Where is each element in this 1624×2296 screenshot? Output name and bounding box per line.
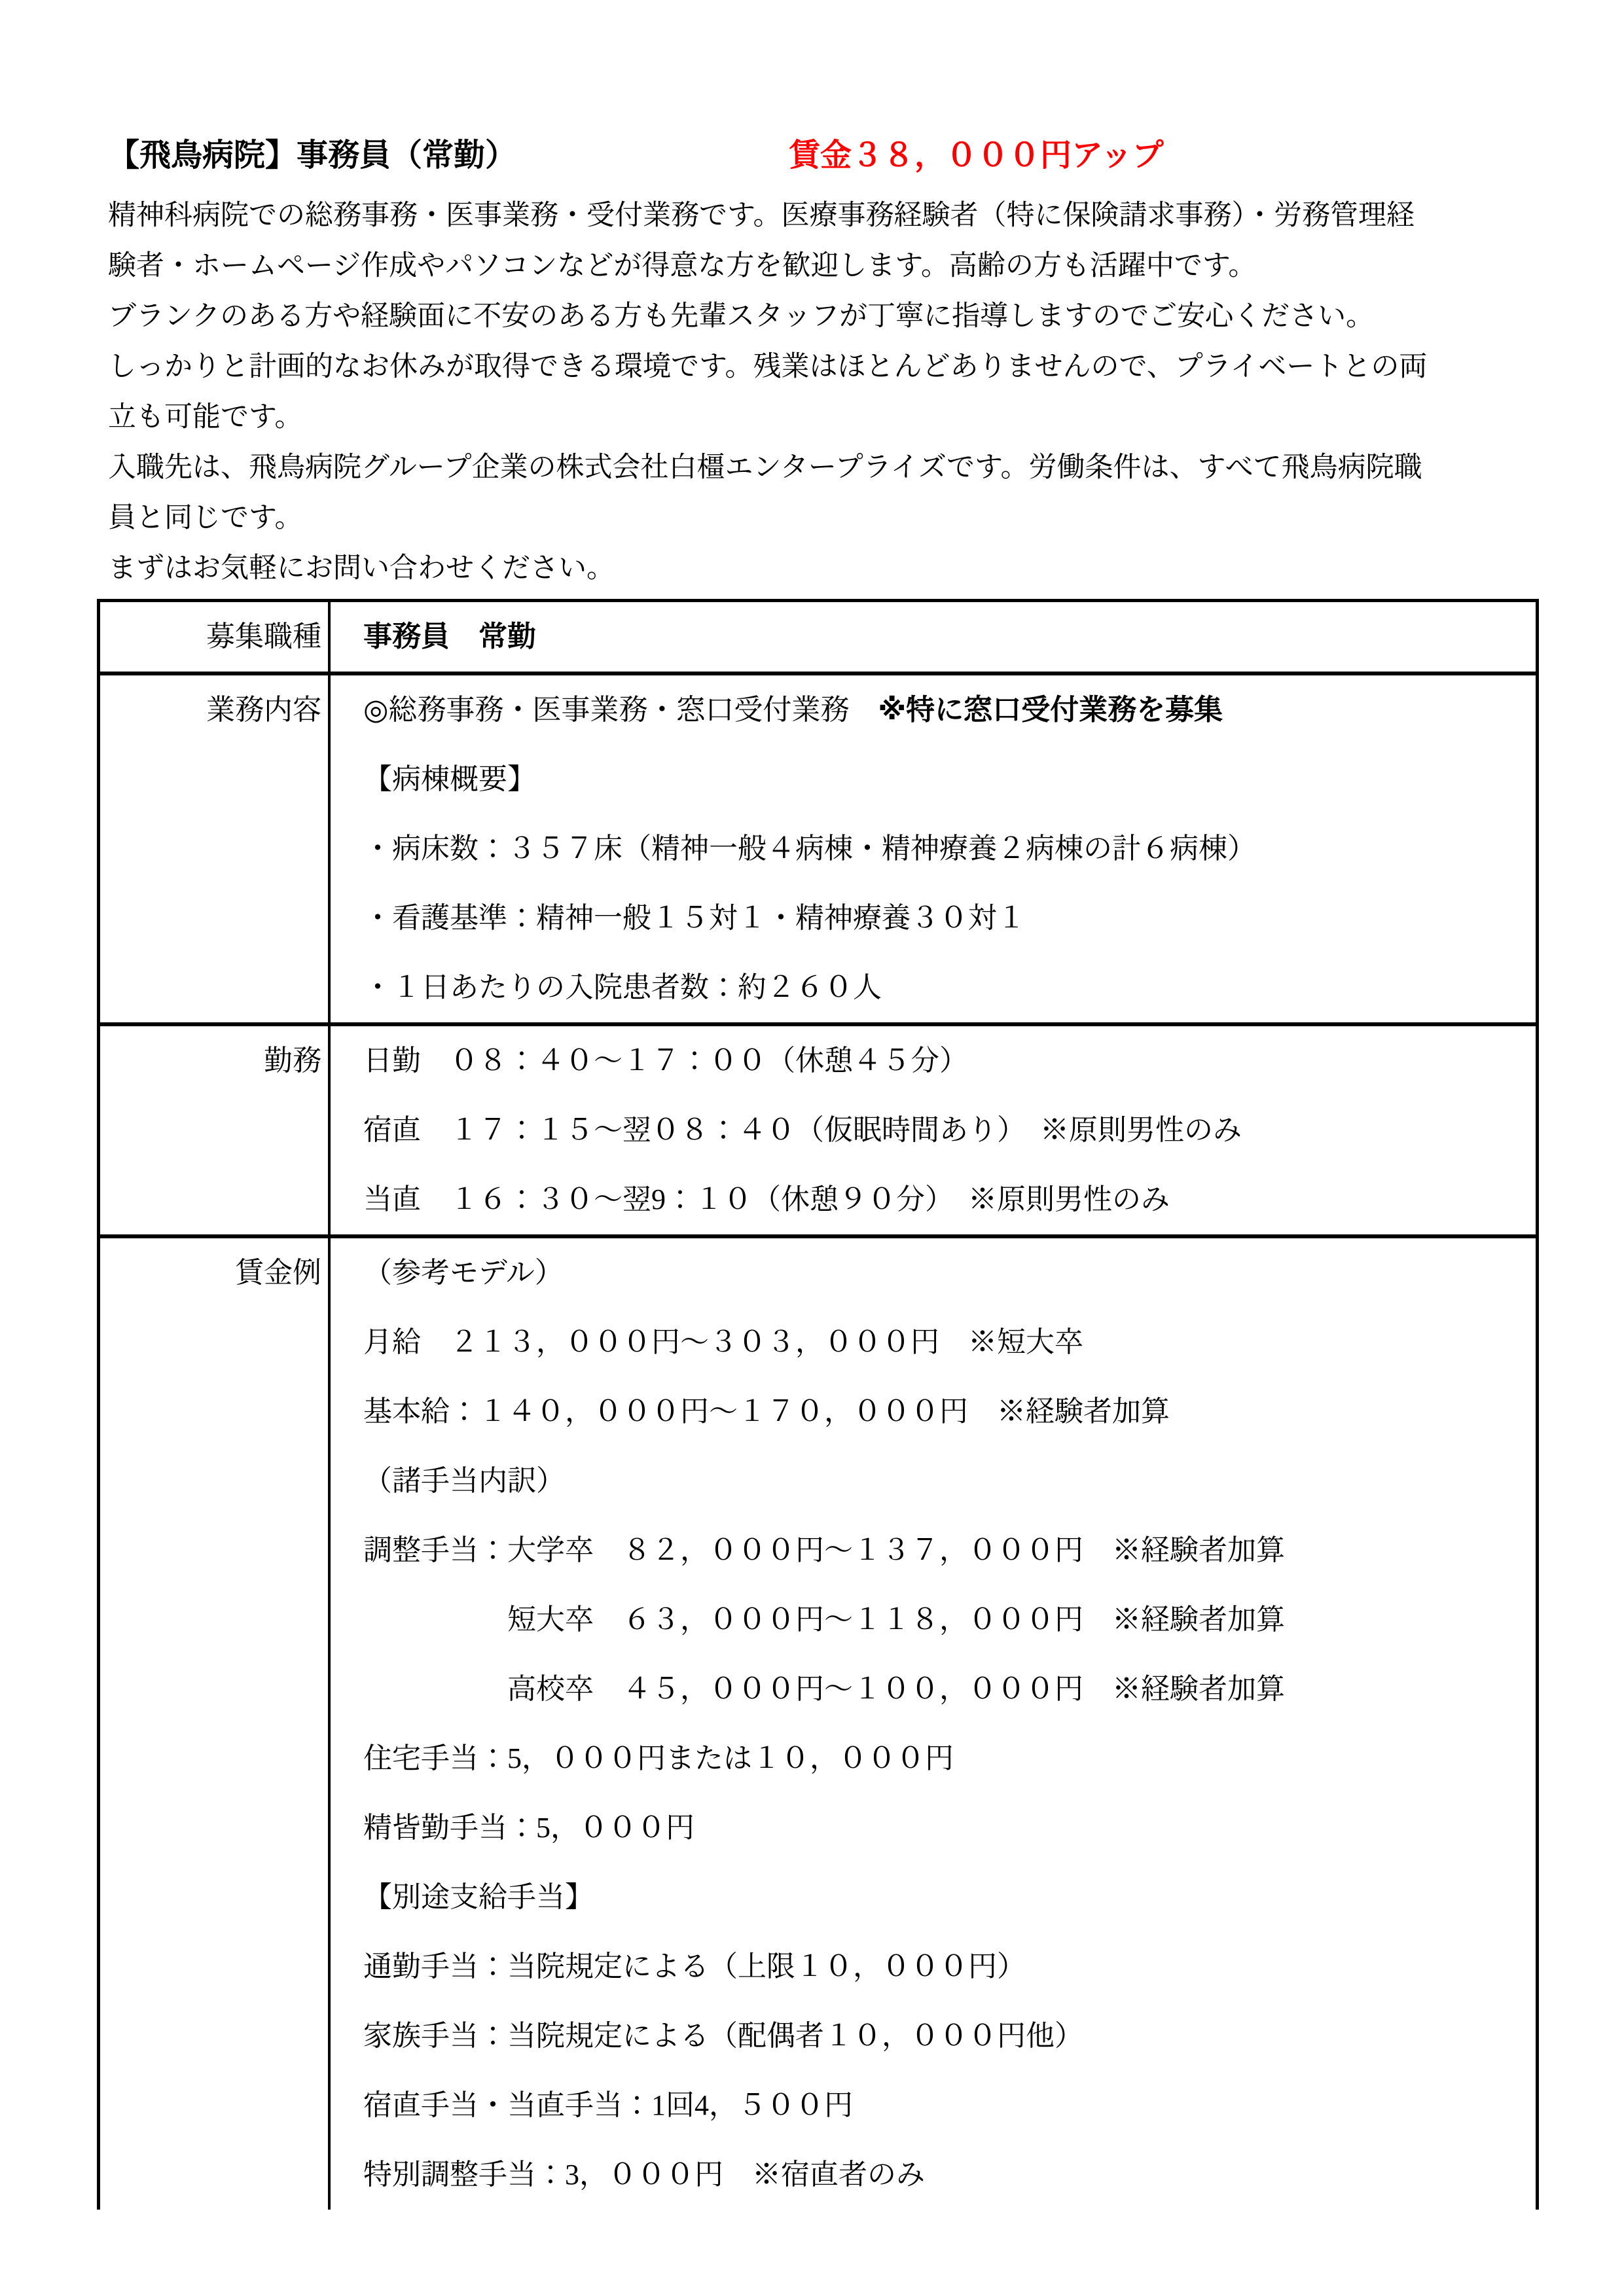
document-title-row: 【飛鳥病院】事務員（常勤） 賃金３８，０００円アップ bbox=[108, 130, 1539, 182]
intro-line: 員と同じです。 bbox=[108, 493, 1522, 543]
row-label: 業務内容 bbox=[100, 675, 331, 1022]
row-content: 日勤 ０８：４０～１７：００（休憩４５分） 宿直 １７：１５～翌０８：４０（仮眠… bbox=[331, 1026, 1536, 1234]
row-content: 事務員 常勤 bbox=[331, 602, 1536, 672]
intro-line: 入職先は、飛鳥病院グループ企業の株式会社白橿エンタープライズです。労働条件は、す… bbox=[108, 442, 1522, 493]
cell-line-segment-emphasis: ※特に窓口受付業務を募集 bbox=[878, 694, 1223, 726]
cell-line: 基本給：１４０，０００円～１７０，０００円 ※経験者加算 bbox=[363, 1377, 1536, 1446]
row-label: 賃金例 bbox=[100, 1238, 331, 2210]
intro-line: 験者・ホームページ作成やパソコンなどが得意な方を歓迎します。高齢の方も活躍中です… bbox=[108, 241, 1522, 291]
cell-line: 特別調整手当：3，０００円 ※宿直者のみ bbox=[363, 2140, 1536, 2210]
cell-line: 高校卒 ４５，０００円～１００，０００円 ※経験者加算 bbox=[363, 1655, 1536, 1724]
cell-line: ・看護基準：精神一般１５対１・精神療養３０対１ bbox=[363, 884, 1536, 953]
cell-line: ・病床数：３５７床（精神一般４病棟・精神療養２病棟の計６病棟） bbox=[363, 814, 1536, 884]
table-row-duties: 業務内容 ◎総務事務・医事業務・窓口受付業務 ※特に窓口受付業務を募集 【病棟概… bbox=[100, 675, 1536, 1026]
cell-line: 短大卒 ６３，０００円～１１８，０００円 ※経験者加算 bbox=[363, 1585, 1536, 1655]
cell-line: （諸手当内訳） bbox=[363, 1446, 1536, 1516]
intro-line: しっかりと計画的なお休みが取得できる環境です。残業はほとんどありませんので、プラ… bbox=[108, 342, 1522, 392]
cell-line: 日勤 ０８：４０～１７：００（休憩４５分） bbox=[363, 1026, 1536, 1096]
row-label: 勤務 bbox=[100, 1026, 331, 1234]
document-title: 【飛鳥病院】事務員（常勤） bbox=[108, 138, 516, 173]
cell-line: ◎総務事務・医事業務・窓口受付業務 ※特に窓口受付業務を募集 bbox=[363, 675, 1536, 745]
intro-line: ブランクのある方や経験面に不安のある方も先輩スタッフが丁寧に指導しますのでご安心… bbox=[108, 291, 1522, 342]
intro-line: 立も可能です。 bbox=[108, 392, 1522, 442]
cell-line: （参考モデル） bbox=[363, 1238, 1536, 1308]
table-row-job-type: 募集職種 事務員 常勤 bbox=[100, 602, 1536, 675]
row-label: 募集職種 bbox=[100, 602, 331, 672]
cell-line: ・１日あたりの入院患者数：約２６０人 bbox=[363, 953, 1536, 1022]
row-content: ◎総務事務・医事業務・窓口受付業務 ※特に窓口受付業務を募集 【病棟概要】 ・病… bbox=[331, 675, 1536, 1022]
document-page: 【飛鳥病院】事務員（常勤） 賃金３８，０００円アップ 精神科病院での総務事務・医… bbox=[0, 0, 1624, 2296]
cell-line: 月給 ２１３，０００円～３０３，０００円 ※短大卒 bbox=[363, 1308, 1536, 1377]
row-content: （参考モデル） 月給 ２１３，０００円～３０３，０００円 ※短大卒 基本給：１４… bbox=[331, 1238, 1536, 2210]
job-table: 募集職種 事務員 常勤 業務内容 ◎総務事務・医事業務・窓口受付業務 ※特に窓口… bbox=[97, 599, 1539, 2210]
cell-line: 宿直手当・当直手当：1回4，５００円 bbox=[363, 2071, 1536, 2140]
cell-line: 調整手当：大学卒 ８２，０００円～１３７，０００円 ※経験者加算 bbox=[363, 1516, 1536, 1585]
cell-line: 【病棟概要】 bbox=[363, 745, 1536, 814]
cell-line: 通勤手当：当院規定による（上限１０，０００円） bbox=[363, 1932, 1536, 2001]
table-row-work-hours: 勤務 日勤 ０８：４０～１７：００（休憩４５分） 宿直 １７：１５～翌０８：４０… bbox=[100, 1026, 1536, 1238]
cell-line: 事務員 常勤 bbox=[363, 602, 1536, 672]
cell-line-segment: ◎総務事務・医事業務・窓口受付業務 bbox=[363, 694, 878, 726]
cell-line: 家族手当：当院規定による（配偶者１０，０００円他） bbox=[363, 2001, 1536, 2071]
intro-line: 精神科病院での総務事務・医事業務・受付業務です。医療事務経験者（特に保険請求事務… bbox=[108, 190, 1522, 241]
wage-up-highlight: 賃金３８，０００円アップ bbox=[789, 130, 1164, 175]
cell-line: 精皆勤手当：5，０００円 bbox=[363, 1793, 1536, 1863]
intro-paragraph: 精神科病院での総務事務・医事業務・受付業務です。医療事務経験者（特に保険請求事務… bbox=[108, 190, 1522, 594]
cell-line: 【別途支給手当】 bbox=[363, 1863, 1536, 1932]
cell-line: 宿直 １７：１５～翌０８：４０（仮眠時間あり） ※原則男性のみ bbox=[363, 1096, 1536, 1165]
intro-line: まずはお気軽にお問い合わせください。 bbox=[108, 543, 1522, 594]
cell-line: 住宅手当：5，０００円または１０，０００円 bbox=[363, 1724, 1536, 1793]
cell-line: 当直 １６：３０～翌9：１０（休憩９０分） ※原則男性のみ bbox=[363, 1165, 1536, 1234]
table-row-wage-example: 賃金例 （参考モデル） 月給 ２１３，０００円～３０３，０００円 ※短大卒 基本… bbox=[100, 1238, 1536, 2210]
